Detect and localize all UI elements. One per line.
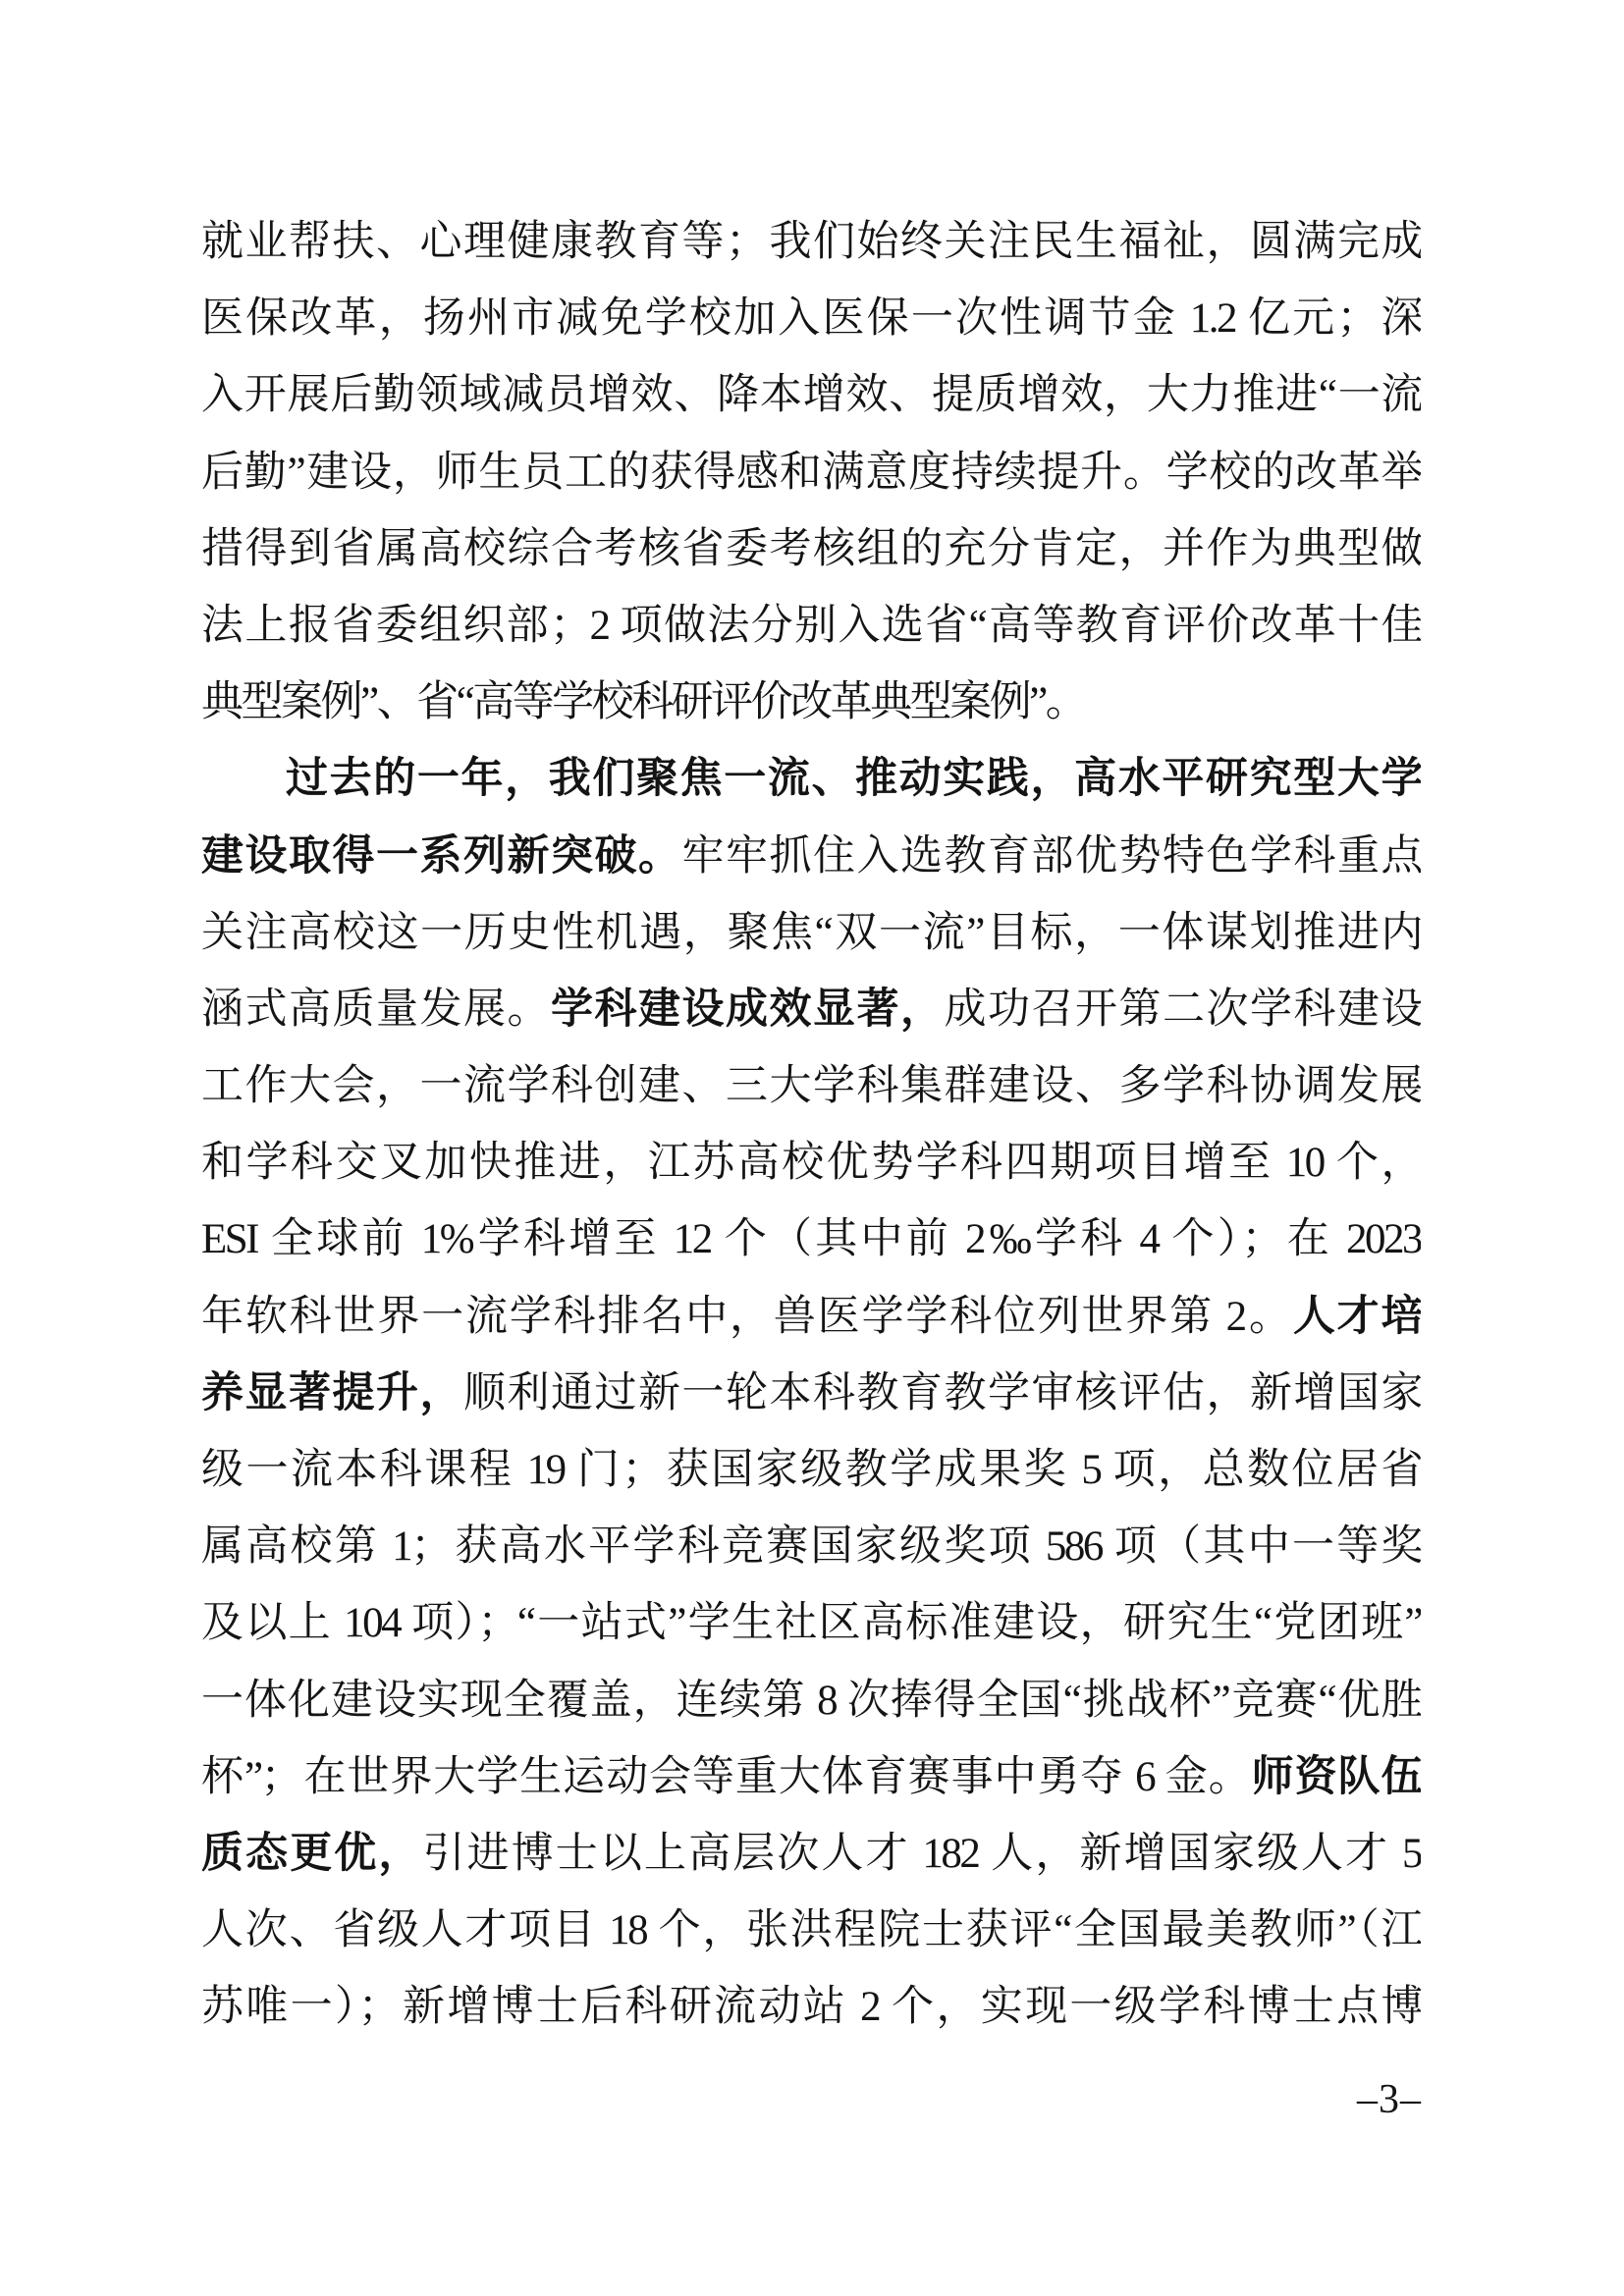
text-line: 杯”；在世界大学生运动会等重大体育赛事中勇夺 6 金。师资队伍 bbox=[201, 1739, 1421, 1816]
body-text-segment: 杯”；在世界大学生运动会等重大体育赛事中勇夺 6 金。 bbox=[201, 1754, 1252, 1800]
text-line: 措得到省属高校综合考核省委考核组的充分肯定，并作为典型做 bbox=[201, 511, 1421, 588]
emphasis-text-segment: 学科建设成效显著， bbox=[551, 987, 945, 1033]
emphasis-text-segment: 人才培 bbox=[1293, 1294, 1421, 1340]
text-line: 属高校第 1；获高水平学科竞赛国家级奖项 586 项（其中一等奖 bbox=[201, 1509, 1421, 1585]
text-line: 涵式高质量发展。学科建设成效显著，成功召开第二次学科建设 bbox=[201, 972, 1421, 1048]
emphasis-text-segment: 过去的一年，我们聚焦一流、推动实践，高水平研究型大学 bbox=[286, 756, 1421, 802]
body-text-segment: 级一流本科课程 19 门；获国家级教学成果奖 5 项，总数位居省 bbox=[201, 1447, 1421, 1493]
body-text-segment: 顺利通过新一轮本科教育教学审核评估，新增国家 bbox=[463, 1370, 1421, 1416]
body-text-segment: 就业帮扶、心理健康教育等；我们始终关注民生福祉，圆满完成 bbox=[201, 219, 1421, 265]
body-text-segment: 和学科交叉加快推进，江苏高校优势学科四期项目增至 10 个， bbox=[201, 1140, 1421, 1186]
text-line: 和学科交叉加快推进，江苏高校优势学科四期项目增至 10 个， bbox=[201, 1125, 1421, 1201]
body-text-segment: 一体化建设实现全覆盖，连续第 8 次捧得全国“挑战杯”竞赛“优胜 bbox=[201, 1678, 1421, 1724]
emphasis-text-segment: 建设取得一系列新突破。 bbox=[201, 833, 682, 880]
text-line: 质态更优，引进博士以上高层次人才 182 人，新增国家级人才 5 bbox=[201, 1816, 1421, 1893]
body-text-segment: 涵式高质量发展。 bbox=[201, 987, 551, 1033]
body-text-segment: 苏唯一）；新增博士后科研流动站 2 个，实现一级学科博士点博 bbox=[201, 1984, 1421, 2030]
body-text-segment: 年软科世界一流学科排名中，兽医学学科位列世界第 2。 bbox=[201, 1294, 1293, 1340]
body-text-segment: 及以上 104 项）；“一站式”学生社区高标准建设，研究生“党团班” bbox=[201, 1600, 1421, 1646]
text-line: 苏唯一）；新增博士后科研流动站 2 个，实现一级学科博士点博 bbox=[201, 1969, 1421, 2046]
text-line: 过去的一年，我们聚焦一流、推动实践，高水平研究型大学 bbox=[201, 741, 1421, 818]
text-line: 医保改革，扬州市减免学校加入医保一次性调节金 1.2 亿元；深 bbox=[201, 281, 1421, 357]
body-text-segment: 成功召开第二次学科建设 bbox=[945, 987, 1422, 1033]
text-line: 入开展后勤领域减员增效、降本增效、提质增效，大力推进“一流 bbox=[201, 357, 1421, 434]
body-text-segment: 引进博士以上高层次人才 182 人，新增国家级人才 5 bbox=[423, 1831, 1422, 1877]
body-text-segment: ESI 全球前 1%学科增至 12 个（其中前 2‰学科 4 个）；在 2023 bbox=[201, 1216, 1421, 1262]
text-line: 典型案例”、省“高等学校科研评价改革典型案例”。 bbox=[201, 665, 1421, 741]
body-text-segment: 牢牢抓住入选教育部优势特色学科重点 bbox=[682, 833, 1422, 880]
body-text-segment: 后勤”建设，师生员工的获得感和满意度持续提升。学校的改革举 bbox=[201, 450, 1421, 496]
emphasis-text-segment: 质态更优， bbox=[201, 1831, 423, 1877]
text-line: 建设取得一系列新突破。牢牢抓住入选教育部优势特色学科重点 bbox=[201, 819, 1421, 895]
text-line: 一体化建设实现全覆盖，连续第 8 次捧得全国“挑战杯”竞赛“优胜 bbox=[201, 1663, 1421, 1739]
body-text-segment: 典型案例”、省“高等学校科研评价改革典型案例”。 bbox=[201, 679, 1085, 725]
text-line: 工作大会，一流学科创建、三大学科集群建设、多学科协调发展 bbox=[201, 1048, 1421, 1125]
body-text-segment: 关注高校这一历史性机遇，聚焦“双一流”目标，一体谋划推进内 bbox=[201, 910, 1421, 956]
text-line: 及以上 104 项）；“一站式”学生社区高标准建设，研究生“党团班” bbox=[201, 1585, 1421, 1662]
text-line: 人次、省级人才项目 18 个，张洪程院士获评“全国最美教师”（江 bbox=[201, 1893, 1421, 1969]
text-line: 养显著提升，顺利通过新一轮本科教育教学审核评估，新增国家 bbox=[201, 1356, 1421, 1432]
body-text-segment: 措得到省属高校综合考核省委考核组的充分肯定，并作为典型做 bbox=[201, 526, 1421, 572]
text-line: 关注高校这一历史性机遇，聚焦“双一流”目标，一体谋划推进内 bbox=[201, 895, 1421, 972]
body-text-segment: 属高校第 1；获高水平学科竞赛国家级奖项 586 项（其中一等奖 bbox=[201, 1523, 1421, 1570]
text-line: 级一流本科课程 19 门；获国家级教学成果奖 5 项，总数位居省 bbox=[201, 1432, 1421, 1509]
emphasis-text-segment: 养显著提升， bbox=[201, 1370, 463, 1416]
text-line: 年软科世界一流学科排名中，兽医学学科位列世界第 2。人才培 bbox=[201, 1279, 1421, 1356]
document-page: 就业帮扶、心理健康教育等；我们始终关注民生福祉，圆满完成医保改革，扬州市减免学校… bbox=[0, 0, 1624, 2296]
body-text-segment: 入开展后勤领域减员增效、降本增效、提质增效，大力推进“一流 bbox=[201, 372, 1421, 418]
body-text-segment: 法上报省委组织部；2 项做法分别入选省“高等教育评价改革十佳 bbox=[201, 603, 1421, 649]
body-text-segment: 人次、省级人才项目 18 个，张洪程院士获评“全国最美教师”（江 bbox=[201, 1907, 1421, 1953]
text-line: 法上报省委组织部；2 项做法分别入选省“高等教育评价改革十佳 bbox=[201, 588, 1421, 665]
emphasis-text-segment: 师资队伍 bbox=[1252, 1754, 1421, 1800]
text-line: 后勤”建设，师生员工的获得感和满意度持续提升。学校的改革举 bbox=[201, 435, 1421, 511]
body-text-segment: 工作大会，一流学科创建、三大学科集群建设、多学科协调发展 bbox=[201, 1063, 1421, 1109]
text-line: ESI 全球前 1%学科增至 12 个（其中前 2‰学科 4 个）；在 2023 bbox=[201, 1201, 1421, 1278]
body-text: 就业帮扶、心理健康教育等；我们始终关注民生福祉，圆满完成医保改革，扬州市减免学校… bbox=[201, 204, 1421, 2047]
page-number: –3– bbox=[1357, 2079, 1422, 2120]
body-text-segment: 医保改革，扬州市减免学校加入医保一次性调节金 1.2 亿元；深 bbox=[201, 295, 1421, 342]
text-line: 就业帮扶、心理健康教育等；我们始终关注民生福祉，圆满完成 bbox=[201, 204, 1421, 281]
